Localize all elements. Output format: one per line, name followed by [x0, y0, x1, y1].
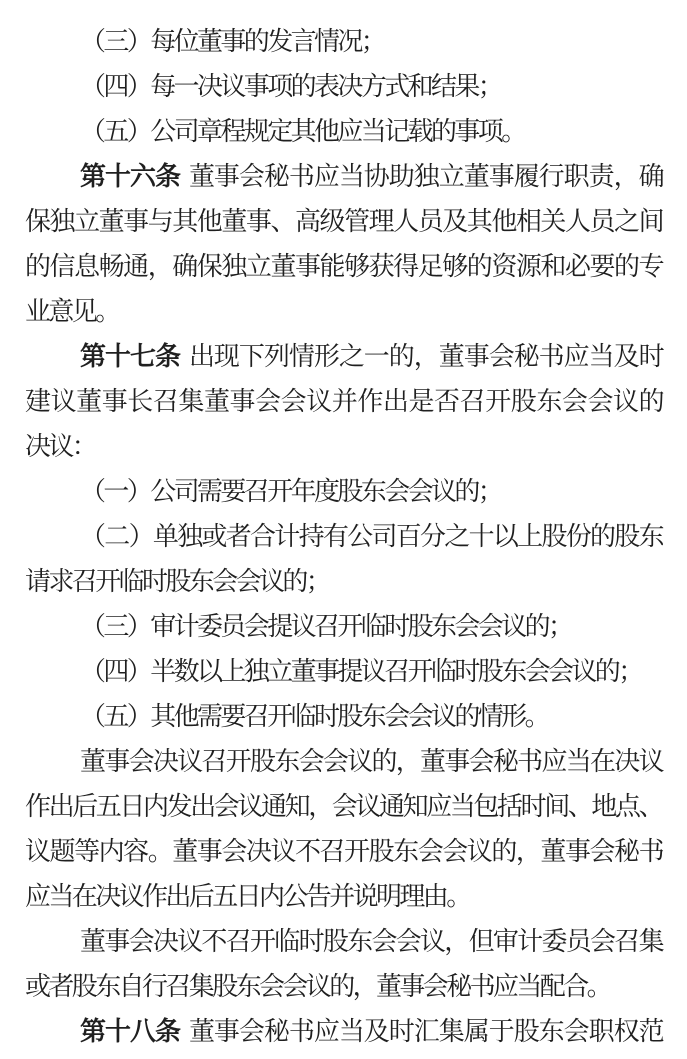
body-text: （三）每位董事的发言情况；: [80, 27, 384, 56]
text-line: 业意见。: [25, 289, 662, 334]
text-line: （五）其他需要召开临时股东会会议的情形。: [25, 694, 662, 739]
text-line: 应当在决议作出后五日内公告并说明理由。: [25, 874, 662, 919]
text-line: 或者股东自行召集股东会会议的，董事会秘书应当配合。: [25, 964, 662, 1009]
text-line: 作出后五日内发出会议通知，会议通知应当包括时间、地点、: [25, 784, 662, 829]
body-text: 业意见。: [25, 297, 119, 326]
text-line: 建议董事长召集董事会会议并作出是否召开股东会会议的: [25, 379, 662, 424]
article-number: 第十八条: [80, 1017, 180, 1046]
body-text: 议题等内容。董事会决议不召开股东会会议的，董事会秘书: [25, 837, 662, 866]
body-text: （五）其他需要召开临时股东会会议的情形。: [80, 702, 548, 731]
body-text: 请求召开临时股东会会议的；: [25, 567, 329, 596]
text-line: （三）每位董事的发言情况；: [25, 19, 662, 64]
text-line: 的信息畅通，确保独立董事能够获得足够的资源和必要的专: [25, 244, 662, 289]
body-text: 董事会秘书应当协助独立董事履行职责，确: [189, 162, 662, 191]
text-line: 董事会决议不召开临时股东会会议，但审计委员会召集: [25, 919, 662, 964]
body-text: （五）公司章程规定其他应当记载的事项。: [80, 117, 525, 146]
body-text: 作出后五日内发出会议通知，会议通知应当包括时间、地点、: [25, 792, 662, 821]
body-text: （一）公司需要召开年度股东会会议的；: [80, 477, 501, 506]
text-line: 请求召开临时股东会会议的；: [25, 559, 662, 604]
body-text: （二）单独或者合计持有公司百分之十以上股份的股东: [80, 522, 662, 551]
article-number: 第十六条: [80, 162, 180, 191]
body-text: 保独立董事与其他董事、高级管理人员及其他相关人员之间: [25, 207, 662, 236]
body-text: 的信息畅通，确保独立董事能够获得足够的资源和必要的专: [25, 252, 662, 281]
text-line: 第十六条董事会秘书应当协助独立董事履行职责，确: [25, 154, 662, 199]
document-page: （三）每位董事的发言情况；（四）每一决议事项的表决方式和结果；（五）公司章程规定…: [0, 0, 687, 1059]
body-text: （四）每一决议事项的表决方式和结果；: [80, 72, 501, 101]
body-text: 董事会决议召开股东会会议的，董事会秘书应当在决议: [80, 747, 662, 776]
text-line: 董事会决议召开股东会会议的，董事会秘书应当在决议: [25, 739, 662, 784]
text-line: （四）半数以上独立董事提议召开临时股东会会议的；: [25, 649, 662, 694]
document-text-body: （三）每位董事的发言情况；（四）每一决议事项的表决方式和结果；（五）公司章程规定…: [25, 19, 662, 1054]
body-text: 出现下列情形之一的，董事会秘书应当及时: [189, 342, 662, 371]
text-line: （二）单独或者合计持有公司百分之十以上股份的股东: [25, 514, 662, 559]
text-line: 议题等内容。董事会决议不召开股东会会议的，董事会秘书: [25, 829, 662, 874]
text-line: 第十七条出现下列情形之一的，董事会秘书应当及时: [25, 334, 662, 379]
text-line: （四）每一决议事项的表决方式和结果；: [25, 64, 662, 109]
body-text: 或者股东自行召集股东会会议的，董事会秘书应当配合。: [25, 972, 610, 1001]
body-text: （三）审计委员会提议召开临时股东会会议的；: [80, 612, 571, 641]
body-text: 董事会秘书应当及时汇集属于股东会职权范: [189, 1017, 662, 1046]
body-text: 应当在决议作出后五日内公告并说明理由。: [25, 882, 470, 911]
text-line: 决议：: [25, 424, 662, 469]
article-number: 第十七条: [80, 342, 180, 371]
body-text: （四）半数以上独立董事提议召开临时股东会会议的；: [80, 657, 642, 686]
body-text: 建议董事长召集董事会会议并作出是否召开股东会会议的: [25, 387, 662, 416]
text-line: 第十八条董事会秘书应当及时汇集属于股东会职权范: [25, 1009, 662, 1054]
body-text: 董事会决议不召开临时股东会会议，但审计委员会召集: [80, 927, 662, 956]
text-line: （三）审计委员会提议召开临时股东会会议的；: [25, 604, 662, 649]
body-text: 决议：: [25, 432, 95, 461]
text-line: （一）公司需要召开年度股东会会议的；: [25, 469, 662, 514]
text-line: 保独立董事与其他董事、高级管理人员及其他相关人员之间: [25, 199, 662, 244]
text-line: （五）公司章程规定其他应当记载的事项。: [25, 109, 662, 154]
